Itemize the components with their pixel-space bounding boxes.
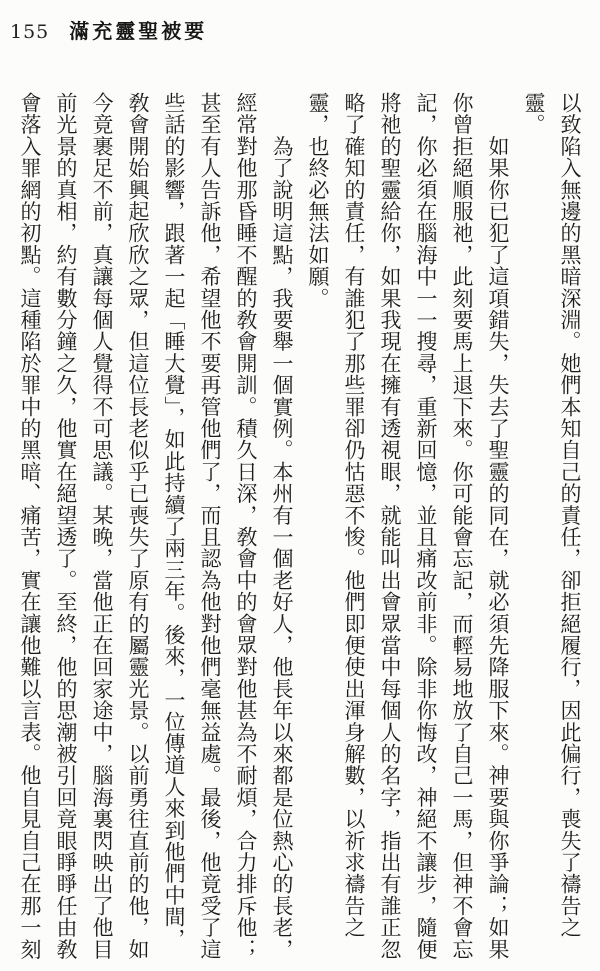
book-page: 155 滿充靈聖被要 以致陷入無邊的黑暗深淵。她們本知自己的責任，卻拒絕履行，因… <box>0 0 600 971</box>
text-column: 會落入罪網的初點。這種陷於罪中的黑暗、痛苦，實在讓他難以言表。他自見自己在那一刻 <box>12 92 48 966</box>
text-column: 靈，也終必無法如願。 <box>300 92 336 966</box>
text-column: 略了確知的責任，有誰犯了那些罪卻仍怙惡不悛。他們即便使出渾身解數，以祈求禱告之 <box>336 92 372 966</box>
page-number: 155 <box>10 21 49 43</box>
text-column: 靈。 <box>516 92 552 966</box>
text-column: 以致陷入無邊的黑暗深淵。她們本知自己的責任，卻拒絕履行，因此偏行，喪失了禱告之 <box>552 92 588 966</box>
page-header: 155 滿充靈聖被要 <box>10 15 207 44</box>
text-column: 記，你必須在腦海中一一搜尋，重新回憶，並且痛改前非。除非你悔改，神絕不讓步，隨便 <box>408 92 444 966</box>
text-column: 經常對他那昏睡不醒的敎會開訓。積久日深，敎會中的會眾對他甚為不耐煩，合力排斥他； <box>228 92 264 966</box>
page-body-text: 以致陷入無邊的黑暗深淵。她們本知自己的責任，卻拒絕履行，因此偏行，喪失了禱告之 … <box>12 92 588 966</box>
text-column: 將祂的聖靈給你，如果我現在擁有透視眼，就能叫出會眾當中每個人的名字，指出有誰正忽 <box>372 92 408 966</box>
text-column: 甚至有人告訴他，希望他不要再管他們了，而且認為他對他們毫無益處。最後，他竟受了這 <box>192 92 228 966</box>
text-column: 你曾拒絕順服祂，此刻要馬上退下來。你可能會忘記，而輕易地放了自己一馬，但神不會忘 <box>444 92 480 966</box>
text-column: 為了說明這點，我要舉一個實例。本州有一個老好人，他長年以來都是位熱心的長老， <box>264 92 300 966</box>
text-column: 前光景的真相，約有數分鐘之久，他實在絕望透了。至終，他的思潮被引回竟眼睜睜任由敎 <box>48 92 84 966</box>
text-column: 如果你已犯了這項錯失，失去了聖靈的同在，就必須先降服下來。神要與你爭論；如果 <box>480 92 516 966</box>
running-title: 滿充靈聖被要 <box>69 15 207 44</box>
text-column: 今竟裹足不前，真讓每個人覺得不可思議。某晚，當他正在回家途中，腦海裏閃映出了他目 <box>84 92 120 966</box>
text-column: 敎會開始興起欣欣之眾，但這位長老似乎已喪失了原有的屬靈光景。以前勇往直前的他，如 <box>120 92 156 966</box>
text-column: 些話的影響，跟著一起「睡大覺」，如此持續了兩三年。後來，一位傳道人來到他們中間， <box>156 92 192 966</box>
